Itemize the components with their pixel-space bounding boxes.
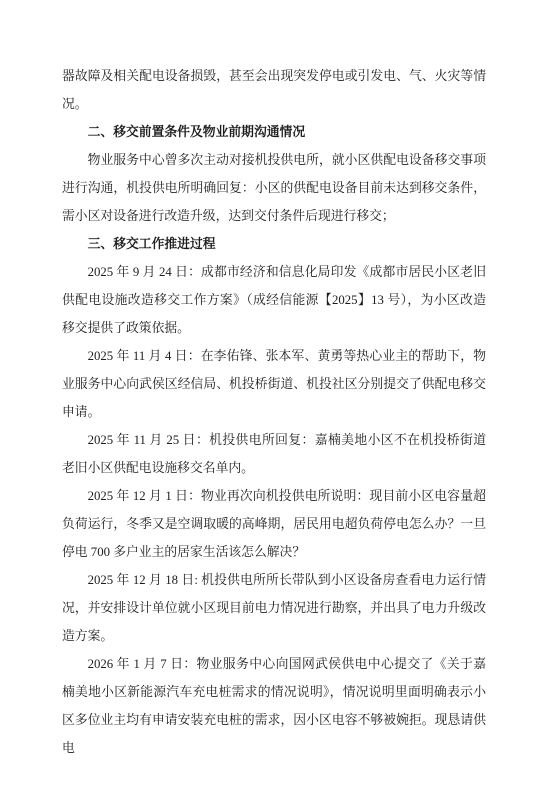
- paragraph-date-entry: 2025 年 9 月 24 日：成都市经济和信息化局印发《成都市居民小区老旧供配…: [62, 258, 486, 342]
- paragraph-continuation: 器故障及相关配电设备损毁，甚至会出现突发停电或引发电、气、火灾等情况。: [62, 62, 486, 118]
- section-heading-2: 二、移交前置条件及物业前期沟通情况: [62, 118, 486, 146]
- paragraph-date-entry: 2025 年 12 月 18 日: 机投供电所所长带队到小区设备房查看电力运行情…: [62, 566, 486, 650]
- paragraph-date-entry: 2025 年 12 月 1 日：物业再次向机投供电所说明：现目前小区电容量超负荷…: [62, 482, 486, 566]
- paragraph-date-entry: 2025 年 11 月 4 日：在李佑锋、张本军、黄勇等热心业主的帮助下，物业服…: [62, 342, 486, 426]
- document-page: 器故障及相关配电设备损毁，甚至会出现突发停电或引发电、气、火灾等情况。 二、移交…: [0, 0, 546, 800]
- paragraph-date-entry: 2025 年 11 月 25 日：机投供电所回复：嘉楠美地小区不在机投桥街道老旧…: [62, 426, 486, 482]
- paragraph: 物业服务中心曾多次主动对接机投供电所，就小区供配电设备移交事项进行沟通，机投供电…: [62, 146, 486, 230]
- paragraph-date-entry: 2026 年 1 月 7 日：物业服务中心向国网武侯供电中心提交了《关于嘉楠美地…: [62, 650, 486, 762]
- section-heading-3: 三、移交工作推进过程: [62, 230, 486, 258]
